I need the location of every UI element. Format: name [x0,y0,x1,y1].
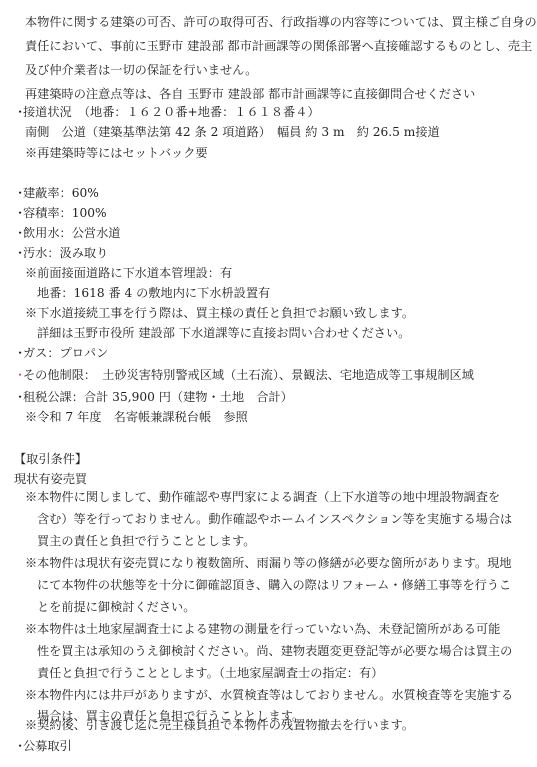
sewage-text: 汚水：汲み取り [23,246,108,260]
sewage: ・汚水：汲み取り [14,245,108,261]
condition-note-line: にて本物件の状態等を十分に御確認頂き、購入の際はリフォーム・修繕工事等を行うこ [37,577,511,593]
taxes-text: 租税公課：合計 35,900 円（建物・土地 合計） [23,390,293,404]
condition-note-line: ※本物件に関しまして、動作確認や専門家による調査（上下水道等の地中埋設物調査を [25,489,500,505]
coverage-ratio-text: 建蔽率：60% [23,186,99,200]
bullet-icon: ・ [14,104,23,120]
road-access-label: 接道状況 （地番：１６２０番+地番：１６１８番４） [23,105,320,119]
condition-note-line: 含む）等を行っておりません。動作確認やホームインスペクション等を実施する場合は [37,511,512,527]
sewage-note-2: 地番：1618 番 4 の敷地内に下水枡設置有 [37,285,270,301]
drinking-water-text: 飲用水：公営水道 [23,226,121,240]
floor-area-ratio-text: 容積率：100% [23,206,107,220]
intro-line-2: 責任において、事前に玉野市 建設部 都市計画課等の関係部署へ直接確認するものとし… [25,38,532,54]
other-restrictions: ・その他制限： 土砂災害特別警戒区域（土石流）、景観法、宅地造成等工事規制区域 [14,367,474,383]
other-restrictions-text: その他制限： 土砂災害特別警戒区域（土石流）、景観法、宅地造成等工事規制区域 [23,368,474,382]
floor-area-ratio: ・容積率：100% [14,205,107,221]
sewage-note-3: ※下水道接続工事を行う際は、買主様の責任と負担でお願い致します。 [25,305,414,321]
drinking-water: ・飲用水：公営水道 [14,225,121,241]
bullet-icon: ・ [14,205,23,221]
condition-note-line: 買主の責任と負担で行うこととします。 [37,533,255,549]
bullet-icon: ・ [14,367,23,383]
bullet-icon: ・ [14,245,23,261]
condition-note-line: 責任と負担で行うこととします。（土地家屋調査士の指定：有） [37,665,383,681]
conditions-type: 現状有姿売買 [14,471,87,487]
gas: ・ガス：プロパン [14,345,108,361]
sewage-note-4: 詳細は玉野市役所 建設部 下水道課等に直接お問い合わせください。 [37,325,410,341]
road-access-note: ※再建築時等にはセットバック要 [25,145,208,161]
bullet-icon: ・ [14,738,23,754]
road-access-detail: 南側 公道（建築基準法第 42 条 2 項道路） 幅員 約 3 m 約 26.5… [25,124,440,140]
intro-line-3: 及び仲介業者は一切の保証を行いません。 [25,62,257,78]
bullet-icon: ・ [14,389,23,405]
sewage-note-1: ※前面接面道路に下水道本管埋設：有 [25,265,232,281]
condition-note-line: とを前提に御検討ください。 [37,599,195,615]
bullet-icon: ・ [14,225,23,241]
condition-note-line: ※本物件は現状有姿売買になり複数箇所、雨漏り等の修繕が必要な箇所があります。現地 [25,555,512,571]
taxes: ・租税公課：合計 35,900 円（建物・土地 合計） [14,389,293,405]
condition-note-line: ※本物件内には井戸がありますが、水質検査等はしておりません。水質検査等を実施する [25,687,513,703]
taxes-note: ※令和 7 年度 名寄帳兼課税台帳 参照 [25,409,248,425]
intro-line-4: 再建築時の注意点等は、各自 玉野市 建設部 都市計画課等に直接御問合せください [25,86,475,102]
conditions-heading: 【取引条件】 [14,451,87,467]
bullet-icon: ・ [14,345,23,361]
coverage-ratio: ・建蔽率：60% [14,185,99,201]
public-offer-text: 公募取引 [23,739,72,753]
condition-note-line: 性を買主は承知のうえ御検討ください。尚、建物表題変更登記等が必要な場合は買主の [37,643,512,659]
public-offer: ・公募取引 [14,738,72,754]
condition-note-line: ※本物件は土地家屋調査士による建物の測量を行っていない為、未登記箇所がある可能 [25,621,500,637]
gas-text: ガス：プロパン [23,346,108,360]
intro-line-1: 本物件に関する建築の可否、許可の取得可否、行政指導の内容等については、買主様ご自… [25,14,537,30]
bullet-icon: ・ [14,185,23,201]
condition-note-line: ※契約後、引き渡し迄に売主様負担で本物件の残置物撤去を行います。 [25,717,414,733]
road-access-title: ・接道状況 （地番：１６２０番+地番：１６１８番４） [14,104,320,120]
